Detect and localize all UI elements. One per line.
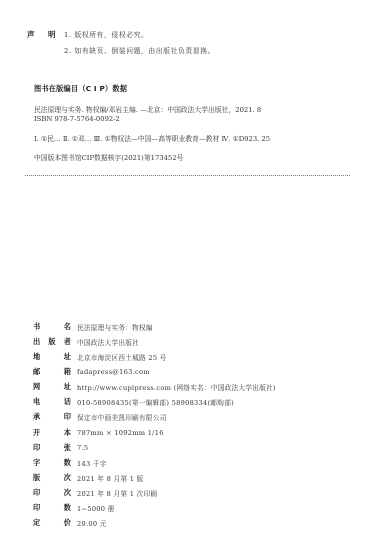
colophon-row-publisher: 出版者 中国政法大学出版社: [33, 336, 139, 348]
label-char: 开: [33, 428, 40, 438]
row-label: 地址: [33, 352, 77, 362]
row-value: http://www.cuplpress.com (网络实名：中国政法大学出版社…: [77, 382, 276, 392]
colophon-row-wordcount: 字数 143 千字: [33, 457, 107, 469]
row-value: 保定市中画美凯印刷有限公司: [77, 412, 167, 422]
cip-title: 图书在版编目（C I P）数据: [34, 84, 127, 94]
cip-number: 中国版本图书馆CIP数据核字(2021)第173452号: [34, 152, 183, 162]
colophon-row-email: 邮箱 fadapress@163.com: [33, 366, 150, 378]
cip-isbn: ISBN 978-7-5764-0092-2: [34, 115, 120, 123]
label-char: 者: [64, 337, 71, 347]
row-value: 北京市海淀区西土城路 25 号: [77, 352, 167, 362]
declaration-label-char: 明: [48, 30, 56, 39]
label-char: 数: [64, 503, 71, 513]
row-label: 开本: [33, 428, 77, 438]
colophon-row-printer: 承印 保定市中画美凯印刷有限公司: [33, 411, 167, 423]
label-char: 电: [33, 397, 40, 407]
label-char: 书: [33, 322, 40, 332]
label-char: 话: [64, 397, 71, 407]
label-char: 网: [33, 382, 40, 392]
label-char: 次: [64, 488, 71, 498]
row-label: 印次: [33, 488, 77, 498]
label-char: 址: [64, 352, 71, 362]
label-char: 价: [64, 518, 71, 528]
dotted-divider: [25, 175, 350, 176]
row-label: 定价: [33, 518, 77, 528]
row-value: 民法原理与实务：物权编: [77, 322, 153, 332]
colophon-row-price: 定价 29.00 元: [33, 517, 107, 529]
row-value: 010-58908435(第一编辑部) 58908334(邮购部): [77, 397, 234, 407]
row-label: 印数: [33, 503, 77, 513]
colophon-row-phone: 电话 010-58908435(第一编辑部) 58908334(邮购部): [33, 396, 234, 408]
label-char: 地: [33, 352, 40, 362]
row-value: 中国政法大学出版社: [77, 337, 139, 347]
colophon-row-sheets: 印张 7.5: [33, 442, 88, 454]
label-char: 址: [64, 382, 71, 392]
declaration-item: 2. 如有缺页、倒装问题，由出版社负责退换。: [64, 45, 215, 55]
label-char: 定: [33, 518, 40, 528]
colophon-row-printing: 印次 2021 年 8 月第 1 次印刷: [33, 487, 157, 499]
colophon-row-edition: 版次 2021 年 8 月第 1 版: [33, 472, 144, 484]
label-char: 承: [33, 412, 40, 422]
row-value: fadapress@163.com: [77, 368, 150, 376]
label-char: 名: [64, 322, 71, 332]
row-value: 29.00 元: [77, 518, 107, 528]
cip-classification: Ⅰ. ①民… Ⅱ. ①邓… Ⅲ. ①物权法—中国—高等职业教育—教材 Ⅳ. ①D…: [34, 133, 270, 143]
label-char: 出: [33, 337, 40, 347]
declaration-label: 明: [48, 29, 56, 40]
row-label: 承印: [33, 412, 77, 422]
row-value: 7.5: [77, 444, 88, 452]
label-char: 字: [33, 458, 40, 468]
colophon-row-print-run: 印数 1~5000 册: [33, 502, 115, 514]
label-char: 印: [33, 503, 40, 513]
label-char: 箱: [64, 367, 71, 377]
row-label: 出版者: [33, 337, 77, 347]
row-label: 印张: [33, 443, 77, 453]
label-char: 印: [33, 443, 40, 453]
row-label: 邮箱: [33, 367, 77, 377]
label-char: 版: [48, 337, 55, 347]
declaration-label: 声: [27, 29, 35, 40]
label-char: 版: [33, 473, 40, 483]
row-label: 网址: [33, 382, 77, 392]
colophon-row-website: 网址 http://www.cuplpress.com (网络实名：中国政法大学…: [33, 381, 276, 393]
colophon-row-title: 书名 民法原理与实务：物权编: [33, 321, 153, 333]
row-value: 2021 年 8 月第 1 次印刷: [77, 488, 157, 498]
row-value: 787mm × 1092mm 1/16: [77, 429, 164, 437]
row-value: 2021 年 8 月第 1 版: [77, 473, 144, 483]
cip-line: 民法原理与实务. 物权编/邓岩主编. —北京：中国政法大学出版社，2021. 8: [34, 104, 261, 114]
colophon-row-address: 地址 北京市海淀区西土城路 25 号: [33, 351, 167, 363]
label-char: 张: [64, 443, 71, 453]
label-char: 印: [33, 488, 40, 498]
label-char: 数: [64, 458, 71, 468]
label-char: 邮: [33, 367, 40, 377]
label-char: 印: [64, 412, 71, 422]
declaration-label-char: 声: [27, 30, 35, 39]
row-label: 电话: [33, 397, 77, 407]
row-label: 书名: [33, 322, 77, 332]
label-char: 次: [64, 473, 71, 483]
colophon-row-format: 开本 787mm × 1092mm 1/16: [33, 427, 164, 439]
row-label: 字数: [33, 458, 77, 468]
declaration-item: 1. 版权所有，侵权必究。: [64, 29, 148, 39]
row-value: 143 千字: [77, 458, 107, 468]
row-label: 版次: [33, 473, 77, 483]
label-char: 本: [64, 428, 71, 438]
row-value: 1~5000 册: [77, 503, 115, 513]
